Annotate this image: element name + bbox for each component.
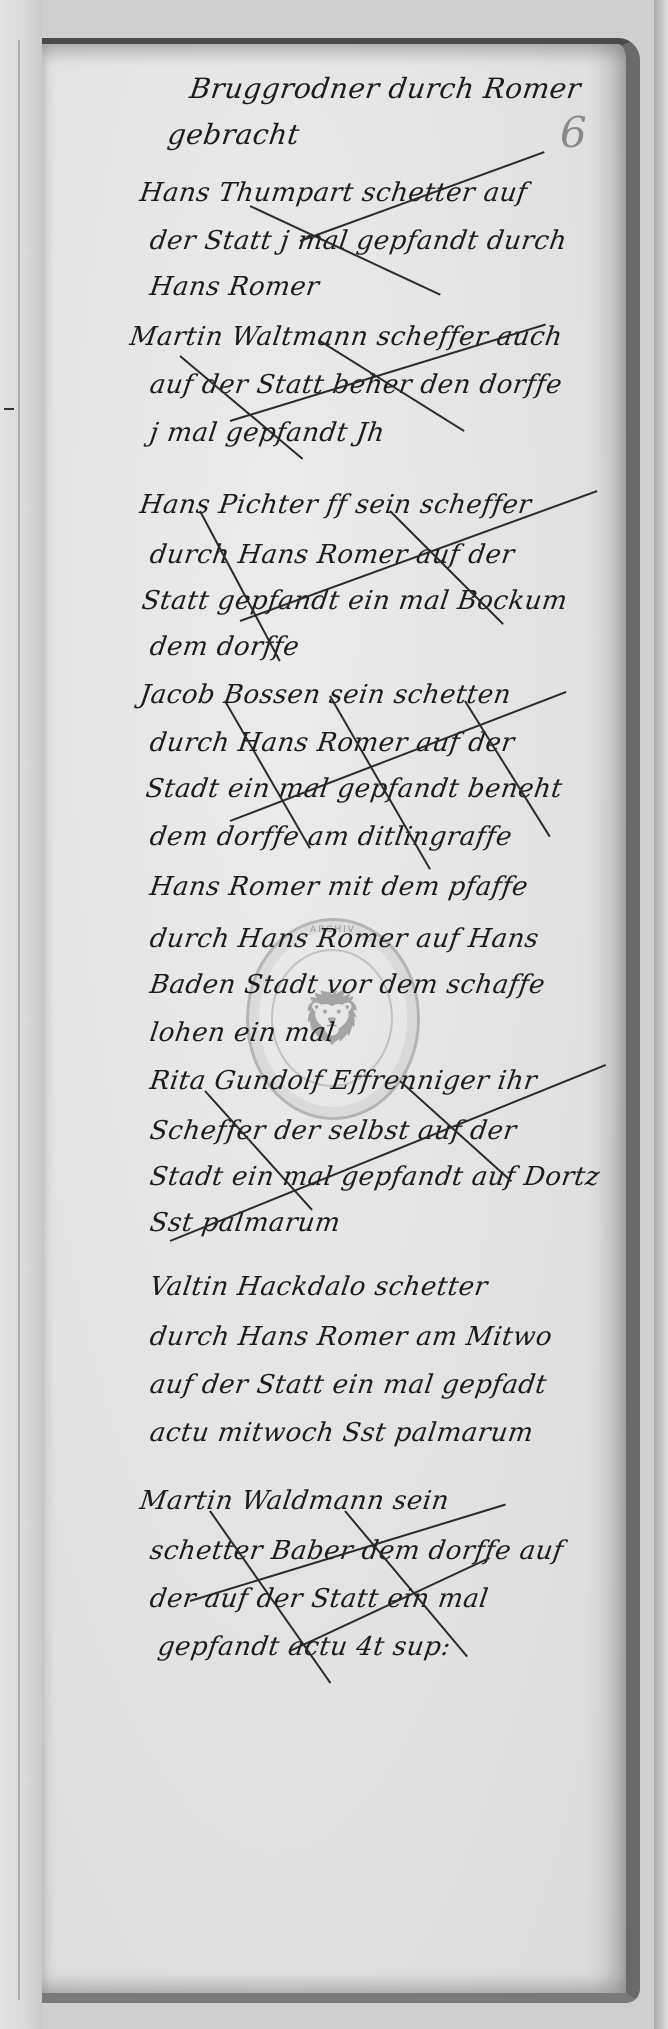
entry-4-line-3: Stadt ein mal gepfandt beneht <box>144 774 565 804</box>
entry-3-line-2: durch Hans Romer auf der <box>148 540 517 570</box>
entry-1-line-1: Hans Thumpart schetter auf <box>138 178 529 208</box>
entry-4-line-4: dem dorffe am ditlingraffe <box>148 822 514 852</box>
folio-number: 6 <box>560 108 587 157</box>
entry-1-line-2: der Statt j mal gepfandt durch <box>148 226 569 256</box>
heading-line-2: gebracht <box>166 118 302 151</box>
entry-3-line-3: Statt gepfandt ein mal Bockum <box>140 586 569 616</box>
entry-7-line-1: Valtin Hackdalo schetter <box>148 1272 490 1302</box>
entry-7-line-4: actu mitwoch Sst palmarum <box>148 1418 535 1448</box>
facing-page-edge <box>0 0 42 2029</box>
entry-5-line-1: Hans Romer mit dem pfaffe <box>148 872 530 902</box>
manuscript-viewport: 6 Bruggrodner durch Romer gebracht Hans … <box>0 0 668 2029</box>
entry-5-line-4: lohen ein mal <box>148 1018 337 1048</box>
entry-7-line-2: durch Hans Romer am Mitwo <box>148 1322 554 1352</box>
page-edge-right <box>654 0 668 2029</box>
margin-mark <box>4 408 14 410</box>
entry-2-line-2: auf der Statt beher den dorffe <box>148 370 564 400</box>
entry-3-line-1: Hans Pichter ff sein scheffer <box>138 490 534 520</box>
entry-5-line-2: durch Hans Romer auf Hans <box>148 924 541 954</box>
entry-8-line-1: Martin Waldmann sein <box>138 1486 451 1516</box>
heading-line-1: Bruggrodner durch Romer <box>188 72 583 105</box>
entry-5-line-3: Baden Stadt vor dem schaffe <box>148 970 547 1000</box>
entry-6-line-3: Stadt ein mal gepfandt auf Dortz <box>148 1162 602 1192</box>
gutter-fold <box>18 40 20 2000</box>
entry-7-line-3: auf der Statt ein mal gepfadt <box>148 1370 549 1400</box>
entry-2-line-3: j mal gepfandt Jh <box>148 418 387 448</box>
entry-1-line-3: Hans Romer <box>148 272 321 302</box>
entry-4-line-1: Jacob Bossen sein schetten <box>138 680 513 710</box>
entry-6-line-4: Sst palmarum <box>148 1208 343 1238</box>
